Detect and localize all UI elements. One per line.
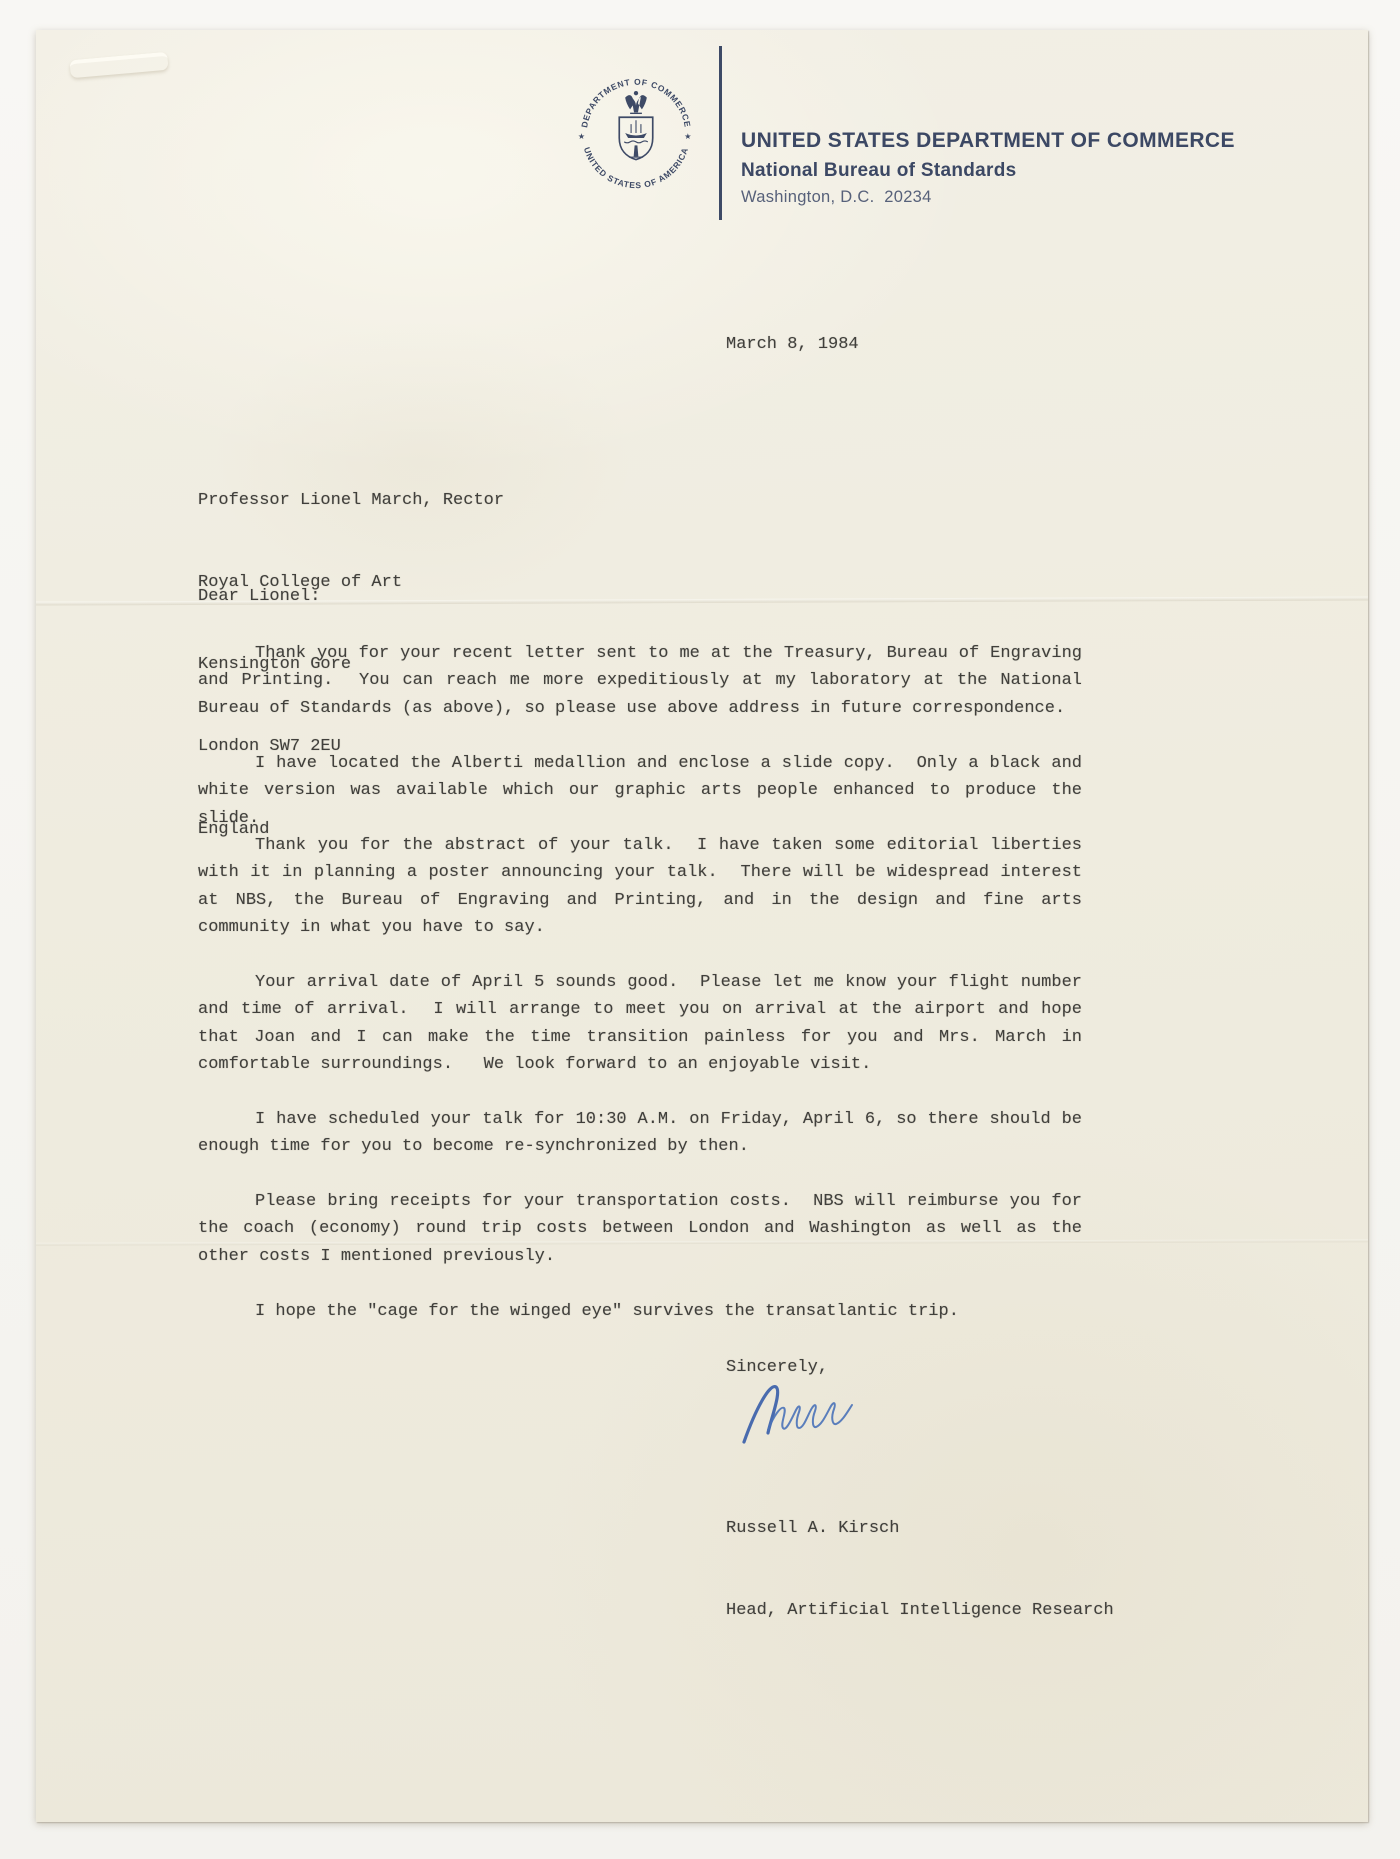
- body-paragraph-1: Thank you for your recent letter sent to…: [198, 640, 1082, 722]
- signature-name: Russell A. Kirsch: [726, 1515, 1114, 1542]
- body-paragraph-6: Please bring receipts for your transport…: [198, 1188, 1082, 1270]
- bureau-name: National Bureau of Standards: [741, 160, 1235, 182]
- signature-title: Head, Artificial Intelligence Research: [726, 1597, 1114, 1624]
- recipient-name: Professor Lionel March, Rector: [198, 487, 504, 514]
- body-paragraph-4: Your arrival date of April 5 sounds good…: [198, 969, 1082, 1079]
- seal-star-left-icon: ★: [578, 132, 585, 141]
- staple-mark: [69, 52, 168, 78]
- body-paragraph-2: I have located the Alberti medallion and…: [198, 750, 1082, 832]
- commerce-seal: DEPARTMENT OF COMMERCE UNITED STATES OF …: [573, 71, 699, 197]
- body-paragraph-5: I have scheduled your talk for 10:30 A.M…: [198, 1106, 1082, 1161]
- letterhead-divider: [719, 46, 722, 220]
- agency-address: Washington, D.C. 20234: [741, 188, 1235, 207]
- signature-scribble: [730, 1378, 910, 1452]
- agency-name: UNITED STATES DEPARTMENT OF COMMERCE: [741, 129, 1235, 153]
- seal-eagle-icon: [625, 91, 647, 113]
- scan-background: DEPARTMENT OF COMMERCE UNITED STATES OF …: [0, 0, 1400, 1859]
- seal-star-right-icon: ★: [684, 132, 691, 141]
- letter-date: March 8, 1984: [726, 335, 859, 354]
- letterhead-text-block: UNITED STATES DEPARTMENT OF COMMERCE Nat…: [741, 129, 1235, 207]
- body-paragraph-7: I hope the "cage for the winged eye" sur…: [198, 1298, 1082, 1325]
- salutation: Dear Lionel:: [198, 587, 320, 606]
- seal-shield-icon: [619, 117, 652, 159]
- letter-paper: DEPARTMENT OF COMMERCE UNITED STATES OF …: [36, 30, 1368, 1822]
- signature-block: Russell A. Kirsch Head, Artificial Intel…: [726, 1460, 1114, 1679]
- closing-valediction: Sincerely,: [726, 1358, 828, 1377]
- body-paragraph-3: Thank you for the abstract of your talk.…: [198, 832, 1082, 942]
